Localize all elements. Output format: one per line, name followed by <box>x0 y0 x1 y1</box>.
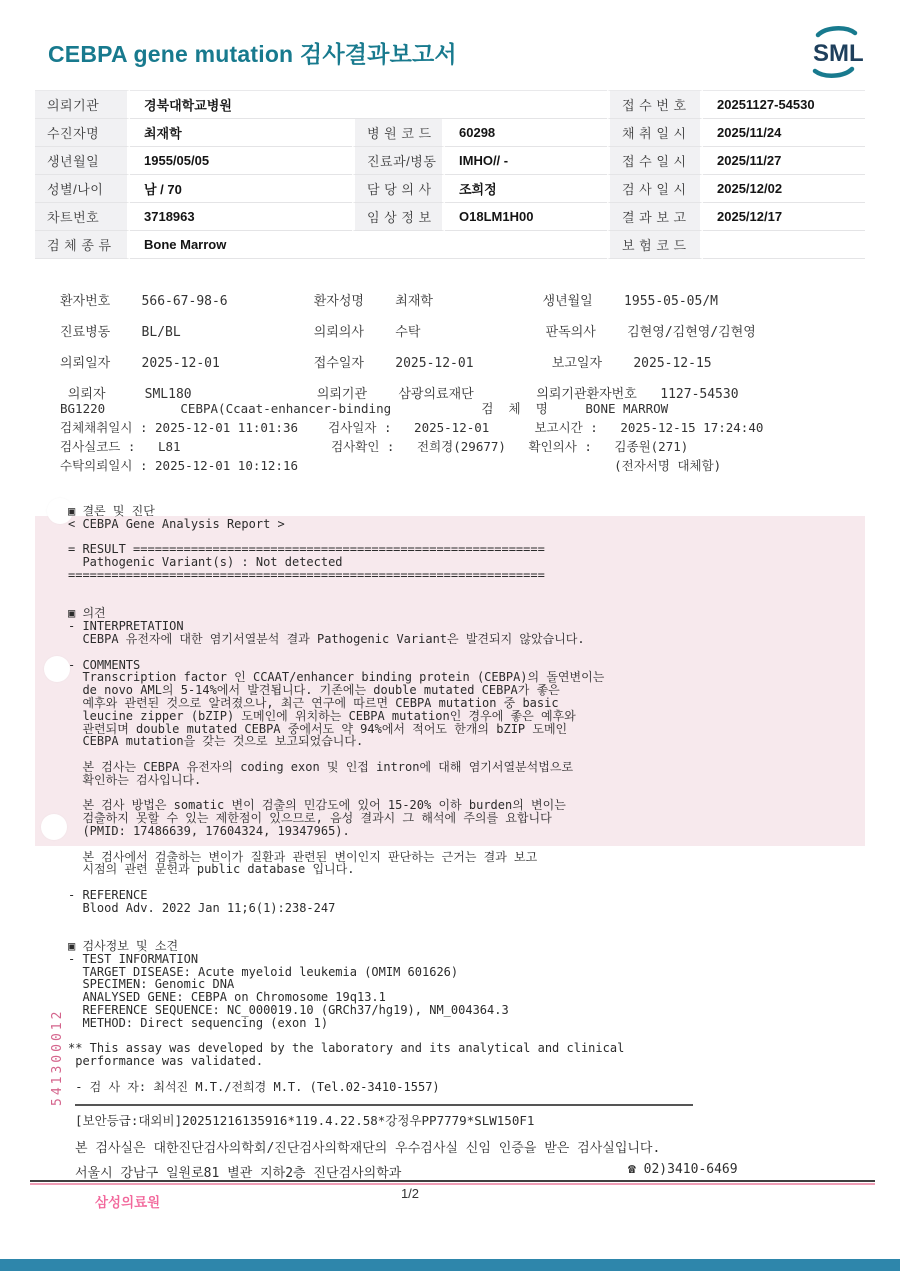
patient-summary-block: 환자번호 566-67-98-6 환자성명 최재학 생년월일 1955-05-0… <box>60 286 756 410</box>
sml-logo: SML <box>802 24 868 80</box>
row-label: 접 수 번 호 <box>607 90 703 119</box>
footer-double-rule <box>30 1180 875 1185</box>
sml-logo-icon: SML <box>802 24 868 80</box>
table-row: 성별/나이 남 / 70 담 당 의 사 조희정 검 사 일 시 2025/12… <box>35 175 865 203</box>
table-row: 생년월일 1955/05/05 진료과/병동 IMHO// - 접 수 일 시 … <box>35 147 865 175</box>
row-label: 차트번호 <box>35 203 130 231</box>
row-label: 생년월일 <box>35 147 130 175</box>
row-label: 담 당 의 사 <box>352 175 445 203</box>
page-title: CEBPA gene mutation 검사결과보고서 <box>48 36 457 69</box>
row-label: 접 수 일 시 <box>607 147 703 175</box>
row-label: 결 과 보 고 <box>607 203 703 231</box>
row-value: 20251127-54530 <box>703 90 865 119</box>
phone-number: ☎ 02)3410-6469 <box>628 1162 738 1177</box>
row-label: 채 취 일 시 <box>607 119 703 147</box>
row-label: 수진자명 <box>35 119 130 147</box>
table-row: 검 체 종 류 Bone Marrow 보 험 코 드 <box>35 231 865 259</box>
row-label: 보 험 코 드 <box>607 231 703 259</box>
row-value: 경북대학교병원 <box>130 90 607 119</box>
certification-line: 본 검사실은 대한진단검사의학회/진단검사의학재단의 우수검사실 신임 인증을 … <box>75 1137 660 1156</box>
row-value: 3718963 <box>130 203 352 231</box>
row-label: 검 사 일 시 <box>607 175 703 203</box>
samsung-medical-center-brand: 삼성의료원 <box>95 1191 160 1211</box>
table-row: 수진자명 최재학 병 원 코 드 60298 채 취 일 시 2025/11/2… <box>35 119 865 147</box>
row-value: O18LM1H00 <box>445 203 607 231</box>
table-row: 의뢰기관 경북대학교병원 접 수 번 호 20251127-54530 <box>35 90 865 119</box>
row-value: 조희정 <box>445 175 607 203</box>
row-label: 임 상 정 보 <box>352 203 445 231</box>
row-value: 1955/05/05 <box>130 147 352 175</box>
row-label: 의뢰기관 <box>35 90 130 119</box>
serial-number-vertical: 541300012 <box>50 986 65 1106</box>
bottom-teal-bar <box>0 1259 900 1271</box>
row-value: IMHO// - <box>445 147 607 175</box>
row-value <box>703 231 865 259</box>
analysis-report-body: ▣ 결론 및 진단 < CEBPA Gene Analysis Report >… <box>68 505 624 1094</box>
security-classification-line: [보안등급:대외비]20251216135916*119.4.22.58*강정우… <box>75 1111 534 1129</box>
row-value: 남 / 70 <box>130 175 352 203</box>
row-value: 2025/12/02 <box>703 175 865 203</box>
punch-hole <box>44 656 70 682</box>
table-row: 차트번호 3718963 임 상 정 보 O18LM1H00 결 과 보 고 2… <box>35 203 865 231</box>
page-number: 1/2 <box>330 1186 490 1201</box>
footer-divider <box>75 1104 693 1106</box>
row-label: 진료과/병동 <box>352 147 445 175</box>
row-label: 성별/나이 <box>35 175 130 203</box>
row-value: Bone Marrow <box>130 231 607 259</box>
patient-info-table: 의뢰기관 경북대학교병원 접 수 번 호 20251127-54530 수진자명… <box>35 90 865 259</box>
punch-hole <box>41 814 67 840</box>
row-value: 60298 <box>445 119 607 147</box>
row-value: 2025/11/27 <box>703 147 865 175</box>
row-label: 검 체 종 류 <box>35 231 130 259</box>
row-value: 2025/12/17 <box>703 203 865 231</box>
test-order-block: BG1220 CEBPA(Ccaat-enhancer-binding 검 체 … <box>60 399 763 475</box>
address-line: 서울시 강남구 일원로81 별관 지하2층 진단검사의학과 <box>75 1162 401 1181</box>
row-value: 2025/11/24 <box>703 119 865 147</box>
logo-text: SML <box>813 40 864 67</box>
report-page: CEBPA gene mutation 검사결과보고서 SML 의뢰기관 경북대… <box>0 0 900 1271</box>
row-value: 최재학 <box>130 119 352 147</box>
row-label: 병 원 코 드 <box>352 119 445 147</box>
